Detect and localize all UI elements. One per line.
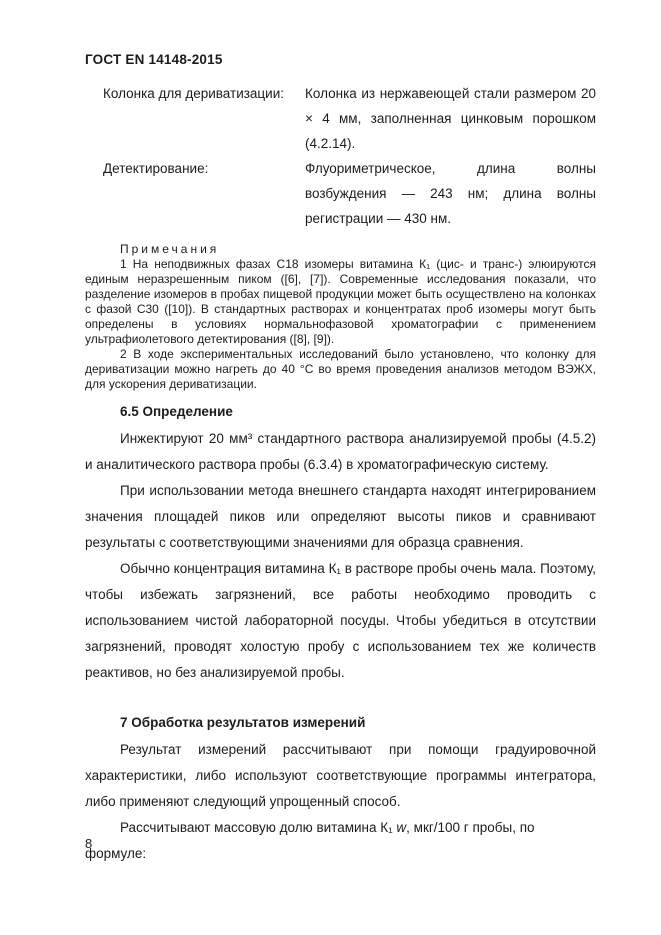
mass-fraction-symbol: w [396, 820, 406, 835]
definition-row-detection: Детектирование: Флуориметрическое, длина… [85, 156, 596, 231]
paragraph-contamination-precautions: Обычно концентрация витамина К₁ в раство… [85, 556, 596, 686]
section-heading-6-5-determination: 6.5 Определение [85, 403, 596, 420]
formula-intro-line: Рассчитывают массовую долю витамина К₁ w… [85, 815, 596, 867]
note-1: 1 На неподвижных фазах С18 изомеры витам… [85, 257, 596, 347]
page-number: 8 [85, 836, 92, 851]
def-value-detection: Флуориметрическое, длина волны возбужден… [305, 156, 596, 231]
note-2: 2 В ходе экспериментальных исследований … [85, 347, 596, 392]
standard-number-header: ГОСТ EN 14148-2015 [85, 52, 596, 68]
paragraph-injection: Инжектируют 20 мм³ стандартного раствора… [85, 426, 596, 478]
section-heading-7-results-processing: 7 Обработка результатов измерений [85, 714, 596, 731]
def-term-detection: Детектирование: [85, 156, 305, 181]
def-value-derivatization-column: Колонка из нержавеющей стали размером 20… [305, 81, 596, 156]
page-content: ГОСТ EN 14148-2015 Колонка для дериватиз… [85, 52, 596, 867]
document-page: ГОСТ EN 14148-2015 Колонка для дериватиз… [0, 0, 661, 935]
notes-heading: Примечания [85, 242, 596, 257]
def-term-derivatization-column: Колонка для дериватизации: [85, 81, 305, 106]
formula-intro-prefix: Рассчитывают массовую долю витамина К₁ [120, 820, 396, 835]
definition-row-derivatization-column: Колонка для дериватизации: Колонка из не… [85, 81, 596, 156]
paragraph-calculation-method: Результат измерений рассчитывают при пом… [85, 737, 596, 815]
definition-list: Колонка для дериватизации: Колонка из не… [85, 81, 596, 231]
paragraph-external-standard: При использовании метода внешнего станда… [85, 478, 596, 556]
notes-section: Примечания 1 На неподвижных фазах С18 из… [85, 242, 596, 392]
